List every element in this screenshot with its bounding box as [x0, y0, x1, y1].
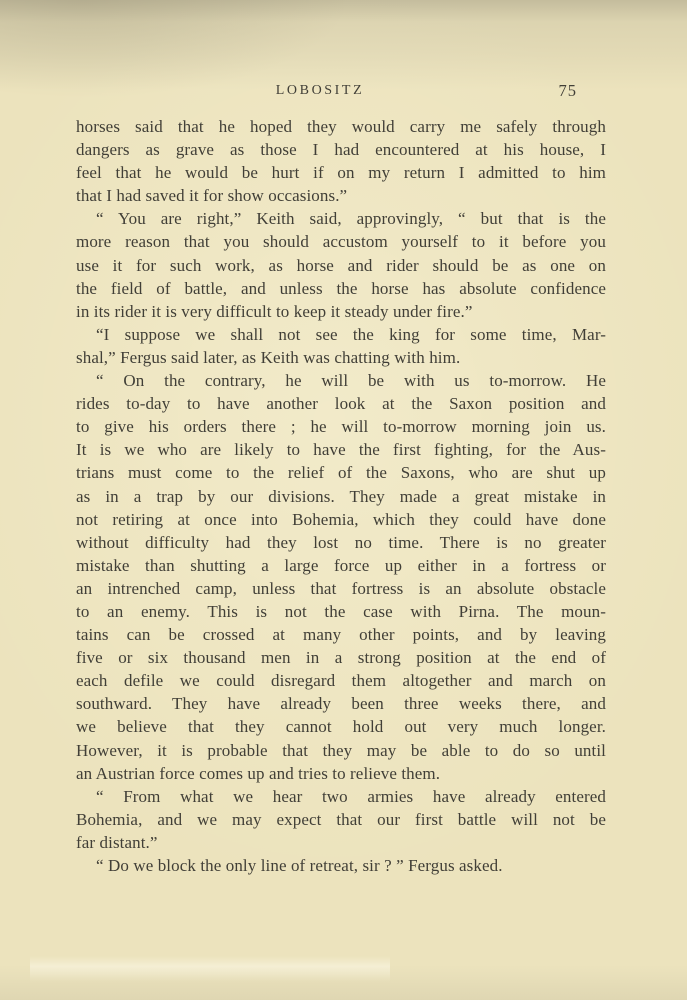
text-line: that I had saved it for show occasions.” — [76, 184, 606, 207]
paragraph: “ You are right,” Keith said, approvingl… — [76, 207, 606, 322]
text-line: five or six thousand men in a strong pos… — [76, 646, 606, 669]
text-line: tains can be crossed at many other point… — [76, 623, 606, 646]
page-number: 75 — [559, 81, 578, 101]
text-line: southward. They have already been three … — [76, 692, 606, 715]
text-line: we believe that they cannot hold out ver… — [76, 715, 606, 738]
text-line: feel that he would be hurt if on my retu… — [76, 161, 606, 184]
paragraph: “ On the contrary, he will be with us to… — [76, 369, 606, 785]
paragraph: “ Do we block the only line of retreat, … — [76, 854, 606, 877]
paragraph: “ From what we hear two armies have alre… — [76, 785, 606, 854]
text-line: to an enemy. This is not the case with P… — [76, 600, 606, 623]
text-line: trians must come to the relief of the Sa… — [76, 461, 606, 484]
text-line: not retiring at once into Bohemia, which… — [76, 508, 606, 531]
text-line: “ Do we block the only line of retreat, … — [76, 854, 606, 877]
page-header: LOBOSITZ 75 — [76, 83, 606, 101]
paragraph: horses said that he hoped they would car… — [76, 115, 606, 207]
text-line: shal,” Fergus said later, as Keith was c… — [76, 346, 606, 369]
text-line: horses said that he hoped they would car… — [76, 115, 606, 138]
text-line: an Austrian force comes up and tries to … — [76, 762, 606, 785]
text-line: the field of battle, and unless the hors… — [76, 277, 606, 300]
text-line: “ From what we hear two armies have alre… — [76, 785, 606, 808]
paragraph: “I suppose we shall not see the king for… — [76, 323, 606, 369]
text-line: However, it is probable that they may be… — [76, 739, 606, 762]
text-line: without difficulty had they lost no time… — [76, 531, 606, 554]
text-line: as in a trap by our divisions. They made… — [76, 485, 606, 508]
text-line: “ You are right,” Keith said, approvingl… — [76, 207, 606, 230]
text-line: “I suppose we shall not see the king for… — [76, 323, 606, 346]
text-line: rides to-day to have another look at the… — [76, 392, 606, 415]
text-line: to give his orders there ; he will to-mo… — [76, 415, 606, 438]
text-line: in its rider it is very difficult to kee… — [76, 300, 606, 323]
text-line: “ On the contrary, he will be with us to… — [76, 369, 606, 392]
book-page: LOBOSITZ 75 horses said that he hoped th… — [0, 0, 687, 1000]
text-line: It is we who are likely to have the firs… — [76, 438, 606, 461]
text-line: an intrenched camp, unless that fortress… — [76, 577, 606, 600]
text-line: far distant.” — [76, 831, 606, 854]
text-line: use it for such work, as horse and rider… — [76, 254, 606, 277]
scan-artifact — [30, 956, 390, 982]
text-line: each defile we could disregard them alto… — [76, 669, 606, 692]
text-line: dangers as grave as those I had encounte… — [76, 138, 606, 161]
page-body: horses said that he hoped they would car… — [76, 115, 606, 877]
running-title: LOBOSITZ — [55, 83, 585, 99]
text-line: more reason that you should accustom you… — [76, 230, 606, 253]
text-line: Bohemia, and we may expect that our firs… — [76, 808, 606, 831]
text-line: mistake than shutting a large force up e… — [76, 554, 606, 577]
